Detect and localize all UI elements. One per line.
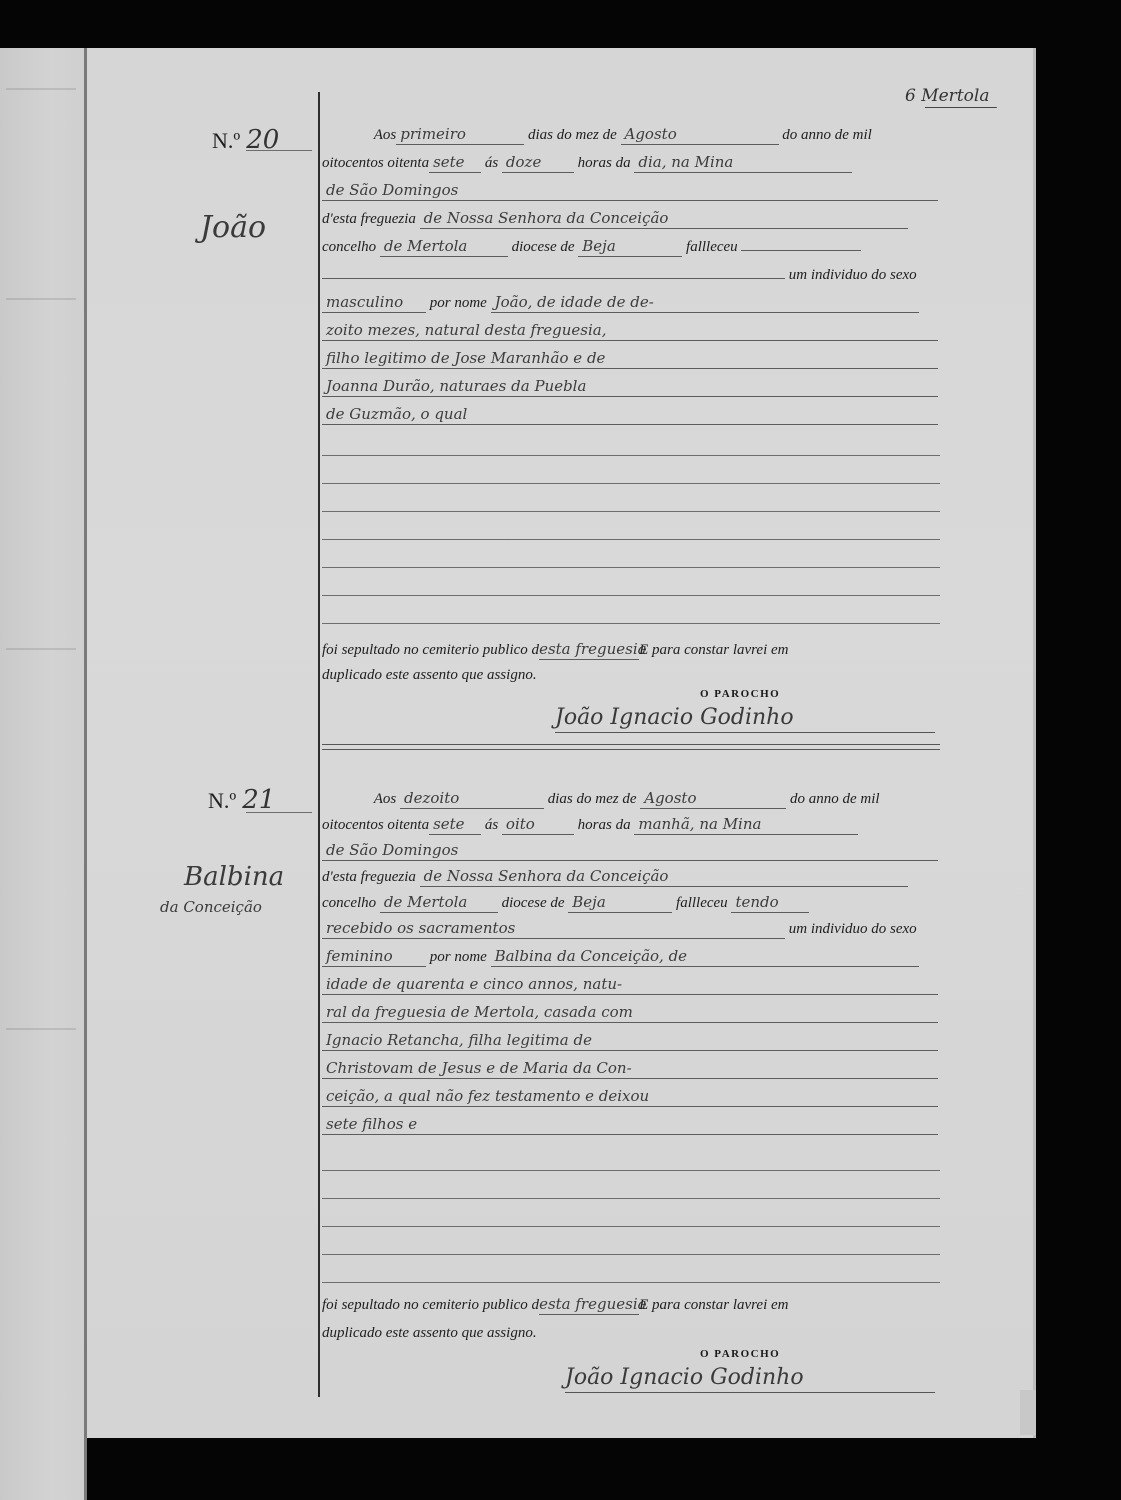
handwritten-field: Beja [568,892,672,913]
handwritten-field [741,250,861,251]
handwritten-field: de São Domingos [322,840,938,861]
line-burial: foi sepultado no cemiterio publico desta… [322,1292,942,1318]
printed-label: E para constar lavrei em [639,1297,788,1313]
ruled-line [322,1254,940,1255]
text-line: idade de quarenta e cinco annos, natu- [322,972,942,998]
handwritten-field: de Nossa Senhora da Conceição [420,866,908,887]
handwritten-field: de Nossa Senhora da Conceição [420,208,908,229]
margin-name-2: da Conceição [160,898,262,916]
folio-note: 6 Mertola [905,86,989,106]
parish-priest-signature: João Ignacio Godinho [565,1365,935,1393]
ruled-line [322,567,940,568]
handwritten-field: sete [429,814,481,835]
ruled-line [322,1198,940,1199]
handwritten-field: sete filhos e [322,1114,938,1135]
column-divider [318,92,320,1397]
ruled-line [322,455,940,456]
printed-label: do anno de mil [782,127,872,143]
parocho-label: O PAROCHO [700,1348,780,1360]
handwritten-field [322,278,785,279]
printed-label: ás [485,155,498,171]
printed-label: do anno de mil [790,791,880,807]
printed-label: oitocentos oitenta [322,817,429,833]
day-value: primeiro [396,124,524,145]
text-line: Ignacio Retancha, filha legitima de [322,1028,942,1054]
handwritten-field: Christovam de Jesus e de Maria da Con- [322,1058,938,1079]
handwritten-field: de Guzmão, o qual [322,404,938,425]
printed-label: horas da [578,817,631,833]
handwritten-field: ceição, a qual não fez testamento e deix… [322,1086,938,1107]
handwritten-field: masculino [322,292,426,313]
previous-page-edge [0,48,86,1500]
ruled-line [322,1226,940,1227]
line-parish: d'esta freguezia de Nossa Senhora da Con… [322,206,942,232]
handwritten-field: tendo [731,892,809,913]
line-duplicado: duplicado este assento que assigno. [322,1320,942,1346]
printed-label: concelho [322,895,376,911]
line-date: Aosprimeiro dias do mez de Agosto do ann… [322,122,942,148]
line-burial: foi sepultado no cemiterio publico desta… [322,637,942,663]
printed-label: concelho [322,239,376,255]
handwritten-field: manhã, na Mina [634,814,858,835]
printed-label: foi sepultado no cemiterio publico d [322,642,539,658]
handwritten-field: de São Domingos [322,180,938,201]
line-parish: d'esta freguezia de Nossa Senhora da Con… [322,864,942,890]
line-sex-name: masculino por nome João, de idade de de- [322,290,942,316]
handwritten-field: filho legitimo de Jose Maranhão e de [322,348,938,369]
line-sex-label: um individuo do sexo [322,262,942,288]
printed-label: por nome [430,295,487,311]
handwritten-field: de Mertola [380,892,498,913]
printed-label: oitocentos oitenta [322,155,429,171]
text-line: ral da freguesia de Mertola, casada com [322,1000,942,1026]
printed-label: duplicado este assento que assigno. [322,667,537,683]
handwritten-field: dia, na Mina [634,152,852,173]
parish-priest-signature: João Ignacio Godinho [555,705,935,733]
handwritten-field: feminino [322,946,426,967]
printed-label: E para constar lavrei em [639,642,788,658]
text-line: de Guzmão, o qual [322,402,942,428]
printed-label: dias do mez de [528,127,617,143]
line-sex-name: feminino por nome Balbina da Conceição, … [322,944,942,970]
handwritten-field: Joanna Durão, naturaes da Puebla [322,376,938,397]
handwritten-field: Ignacio Retancha, filha legitima de [322,1030,938,1051]
line-council: concelho de Mertola diocese de Beja fall… [322,234,942,260]
line-year-hour: oitocentos oitentasete ás oito horas da … [322,812,942,838]
printed-label: um individuo do sexo [789,267,917,283]
line-date: Aos dezoito dias do mez de Agosto do ann… [322,786,942,812]
printed-label: d'esta freguezia [322,869,416,885]
printed-label: diocese de [512,239,575,255]
entry-number: N.º21 [208,785,275,815]
ruled-line [322,483,940,484]
handwritten-field: ral da freguesia de Mertola, casada com [322,1002,938,1023]
printed-label: foi sepultado no cemiterio publico d [322,1297,539,1313]
handwritten-field: de Mertola [380,236,508,257]
handwritten-field: esta freguesia [539,1294,639,1315]
printed-label: horas da [578,155,631,171]
printed-label: diocese de [502,895,565,911]
handwritten-field: oito [502,814,574,835]
margin-name: Balbina [184,862,284,892]
line-year-hour: oitocentos oitentasete ás doze horas da … [322,150,942,176]
printed-label: d'esta freguezia [322,211,416,227]
margin-name: João [200,210,266,245]
entry-separator [322,744,940,750]
line-place: de São Domingos [322,838,942,864]
text-line: zoito mezes, natural desta freguesia, [322,318,942,344]
printed-label: Aos [374,127,397,143]
handwritten-field: Beja [578,236,682,257]
handwritten-field: dezoito [400,788,544,809]
text-line: sete filhos e [322,1112,942,1138]
line-council: concelho de Mertola diocese de Beja fall… [322,890,942,916]
ruled-line [246,812,312,813]
text-line: Joanna Durão, naturaes da Puebla [322,374,942,400]
line-sex-label: recebido os sacramentos um individuo do … [322,916,942,942]
ruled-line [322,511,940,512]
text-line: ceição, a qual não fez testamento e deix… [322,1084,942,1110]
month-value: Agosto [621,124,779,145]
printed-label: por nome [430,949,487,965]
handwritten-field: Agosto [640,788,786,809]
ruled-line [322,623,940,624]
line-duplicado: duplicado este assento que assigno. [322,662,942,688]
ruled-line [322,539,940,540]
handwritten-field: esta freguesia [539,639,639,660]
printed-label: fallleceu [676,895,728,911]
handwritten-field: recebido os sacramentos [322,918,785,939]
ruled-line [246,150,312,151]
ruled-line [322,595,940,596]
handwritten-field: sete [429,152,481,173]
text-line: filho legitimo de Jose Maranhão e de [322,346,942,372]
printed-label: fallleceu [686,239,738,255]
handwritten-field: doze [502,152,574,173]
ruled-line [322,1282,940,1283]
parocho-label: O PAROCHO [700,688,780,700]
handwritten-field: idade de quarenta e cinco annos, natu- [322,974,938,995]
ruled-line [322,1170,940,1171]
line-place: de São Domingos [322,178,942,204]
printed-label: dias do mez de [548,791,637,807]
handwritten-field: Balbina da Conceição, de [491,946,919,967]
handwritten-field: João, de idade de de- [491,292,919,313]
text-line: Christovam de Jesus e de Maria da Con- [322,1056,942,1082]
printed-label: duplicado este assento que assigno. [322,1325,537,1341]
printed-label: Aos [374,791,397,807]
handwritten-field: zoito mezes, natural desta freguesia, [322,320,938,341]
printed-label: um individuo do sexo [789,921,917,937]
page-corner [1020,1390,1036,1435]
printed-label: ás [485,817,498,833]
